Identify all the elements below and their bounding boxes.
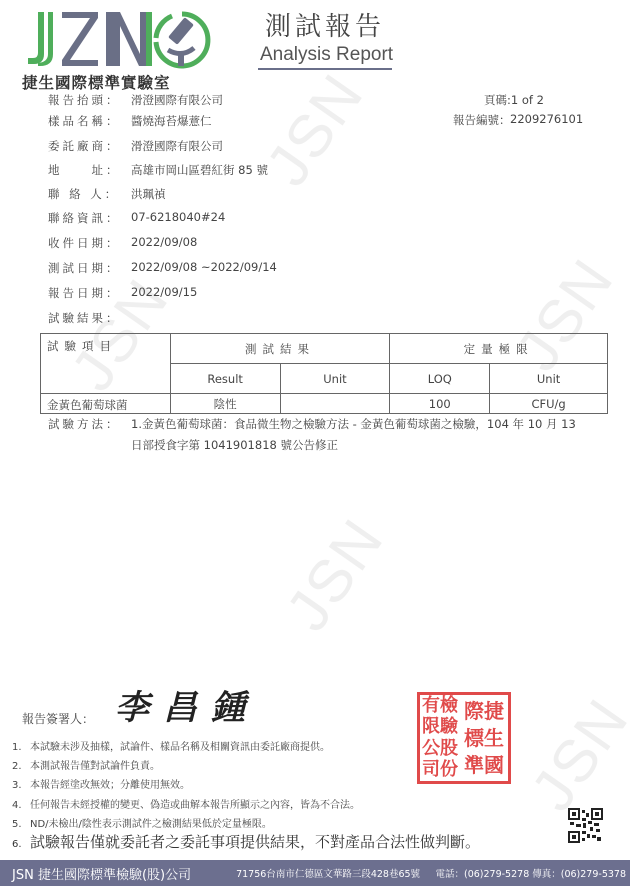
info-label-sample-name: 樣品名稱： [48,113,128,129]
report-title-en: Analysis Report [260,44,393,66]
method-line-1: 1.金黃色葡萄球菌：食品微生物之檢驗方法 - 金黃色葡萄球菌之檢驗，104 年 … [131,416,576,432]
method-line-2: 日部授食字第 1041901818 號公告修正 [131,437,338,453]
report-number-label: 報告編號： [453,112,511,128]
cell-loq-unit: CFU/g [490,394,608,414]
footer-company: JSN 捷生國際標準檢驗(股)公司 [12,864,191,883]
note-number: 5. [12,819,30,830]
note-number: 6. [12,839,30,850]
header-result-unit: Unit [280,364,390,394]
note-text: 本報告經塗改無效；分離使用無效。 [30,780,190,791]
info-value-test-date: 2022/09/08 ~2022/09/14 [131,260,277,274]
stamp-text: 司份 [422,761,464,779]
header-loq: LOQ [390,364,490,394]
cell-result: 陰性 [170,394,280,414]
qr-code-icon [568,808,603,843]
stamp-text: 準國 [464,755,506,775]
note-text: 本試驗未涉及抽樣，試論件、樣品名稱及相關資訊由委託廠商提供。 [30,742,330,753]
stamp-right-column: 際捷 標生 準國 [464,697,506,779]
info-label-client: 委託廠商： [48,138,128,154]
info-value-contact: 洪珮禎 [131,186,166,202]
report-number-value: 2209276101 [510,112,583,126]
results-table: 試驗項目 測試結果 定量極限 Result Unit LOQ Unit 金黃色葡… [40,333,608,414]
qr-code [568,808,603,843]
note-number: 1. [12,742,30,753]
footer-phone: 電話：(06)279-5278 傳真：(06)279-5378 [436,866,627,880]
watermark: JSN [517,686,630,823]
watermark: JSN [272,506,397,643]
info-value-sample-name: 醬燒海苔爆薏仁 [131,113,212,129]
cell-item: 金黃色葡萄球菌 [41,394,171,414]
stamp-text: 公股 [422,740,464,758]
note-text: 任何報告未經授權的變更、偽造或曲解本報告所顯示之內容，皆為不合法。 [30,800,360,811]
info-value-report-date: 2022/09/15 [131,285,197,299]
title-underline [258,68,392,70]
note-6: 6.試驗報告僅就委託者之委託事項提供結果，不對產品合法性做判斷。 [12,831,480,852]
header-result: Result [170,364,280,394]
note-4: 4.任何報告未經授權的變更、偽造或曲解本報告所顯示之內容，皆為不合法。 [12,796,360,811]
info-label-report-date: 報告日期： [48,285,128,301]
note-number: 2. [12,761,30,772]
info-value-address: 高雄市岡山區碧紅街 85 號 [131,162,268,178]
info-label-received-date: 收件日期： [48,235,128,251]
note-2: 2.本測試報告僅對試論件負責。 [12,757,160,772]
info-label-contact: 聯 絡 人： [48,186,128,202]
info-label-test-results: 試驗結果： [48,310,128,326]
header-test-item: 試驗項目 [41,334,171,394]
note-1: 1.本試驗未涉及抽樣，試論件、樣品名稱及相關資訊由委託廠商提供。 [12,738,330,753]
info-label-address: 地 址： [48,162,128,178]
note-text: 本測試報告僅對試論件負責。 [30,761,160,772]
info-value-client: 滑澄國際有限公司 [131,138,223,154]
info-label-report-header: 報告抬頭： [48,92,128,108]
cell-unit [280,394,390,414]
info-value-contact-info: 07-6218040#24 [131,210,225,224]
stamp-left-column: 有檢 限驗 公股 司份 [422,697,464,779]
lab-name: 捷生國際標準實驗室 [22,71,171,93]
footer-address: 71756台南市仁德區文華路三段428巷65號 [236,866,420,880]
table-header-row: 試驗項目 測試結果 定量極限 [41,334,608,364]
header-loq-unit: Unit [490,364,608,394]
note-text: 試驗報告僅就委託者之委託事項提供結果，不對產品合法性做判斷。 [30,833,480,851]
page-number: 頁碼:1 of 2 [484,92,544,108]
table-row: 金黃色葡萄球菌 陰性 100 CFU/g [41,394,608,414]
info-value-received-date: 2022/09/08 [131,235,197,249]
stamp-text: 際捷 [464,701,506,721]
info-label-contact-info: 聯絡資訊： [48,210,128,226]
signatory-label: 報告簽署人： [22,710,94,727]
note-3: 3.本報告經塗改無效；分離使用無效。 [12,776,190,791]
header-quantitation-limit: 定量極限 [390,334,608,364]
stamp-text: 標生 [464,728,506,748]
header-test-result: 測試結果 [170,334,390,364]
note-text: ND/未檢出/陰性表示測試件之檢測結果低於定量極限。 [30,819,272,830]
method-label: 試驗方法： [48,416,121,432]
note-number: 4. [12,800,30,811]
info-value-report-header: 滑澄國際有限公司 [131,92,223,108]
signature: 李昌鍾 [115,680,259,729]
cell-loq: 100 [390,394,490,414]
note-number: 3. [12,780,30,791]
jsn-logo-icon [22,8,212,70]
company-stamp: 有檢 限驗 公股 司份 際捷 標生 準國 [417,692,511,784]
stamp-text: 有檢 [422,697,464,715]
footer-bar: JSN 捷生國際標準檢驗(股)公司 71756台南市仁德區文華路三段428巷65… [0,860,630,886]
watermark: JSN [252,61,377,198]
jsn-logo [22,8,212,70]
info-label-test-date: 測試日期： [48,260,128,276]
note-5: 5.ND/未檢出/陰性表示測試件之檢測結果低於定量極限。 [12,815,272,830]
stamp-text: 限驗 [422,718,464,736]
report-title-zh: 測試報告 [265,6,385,43]
